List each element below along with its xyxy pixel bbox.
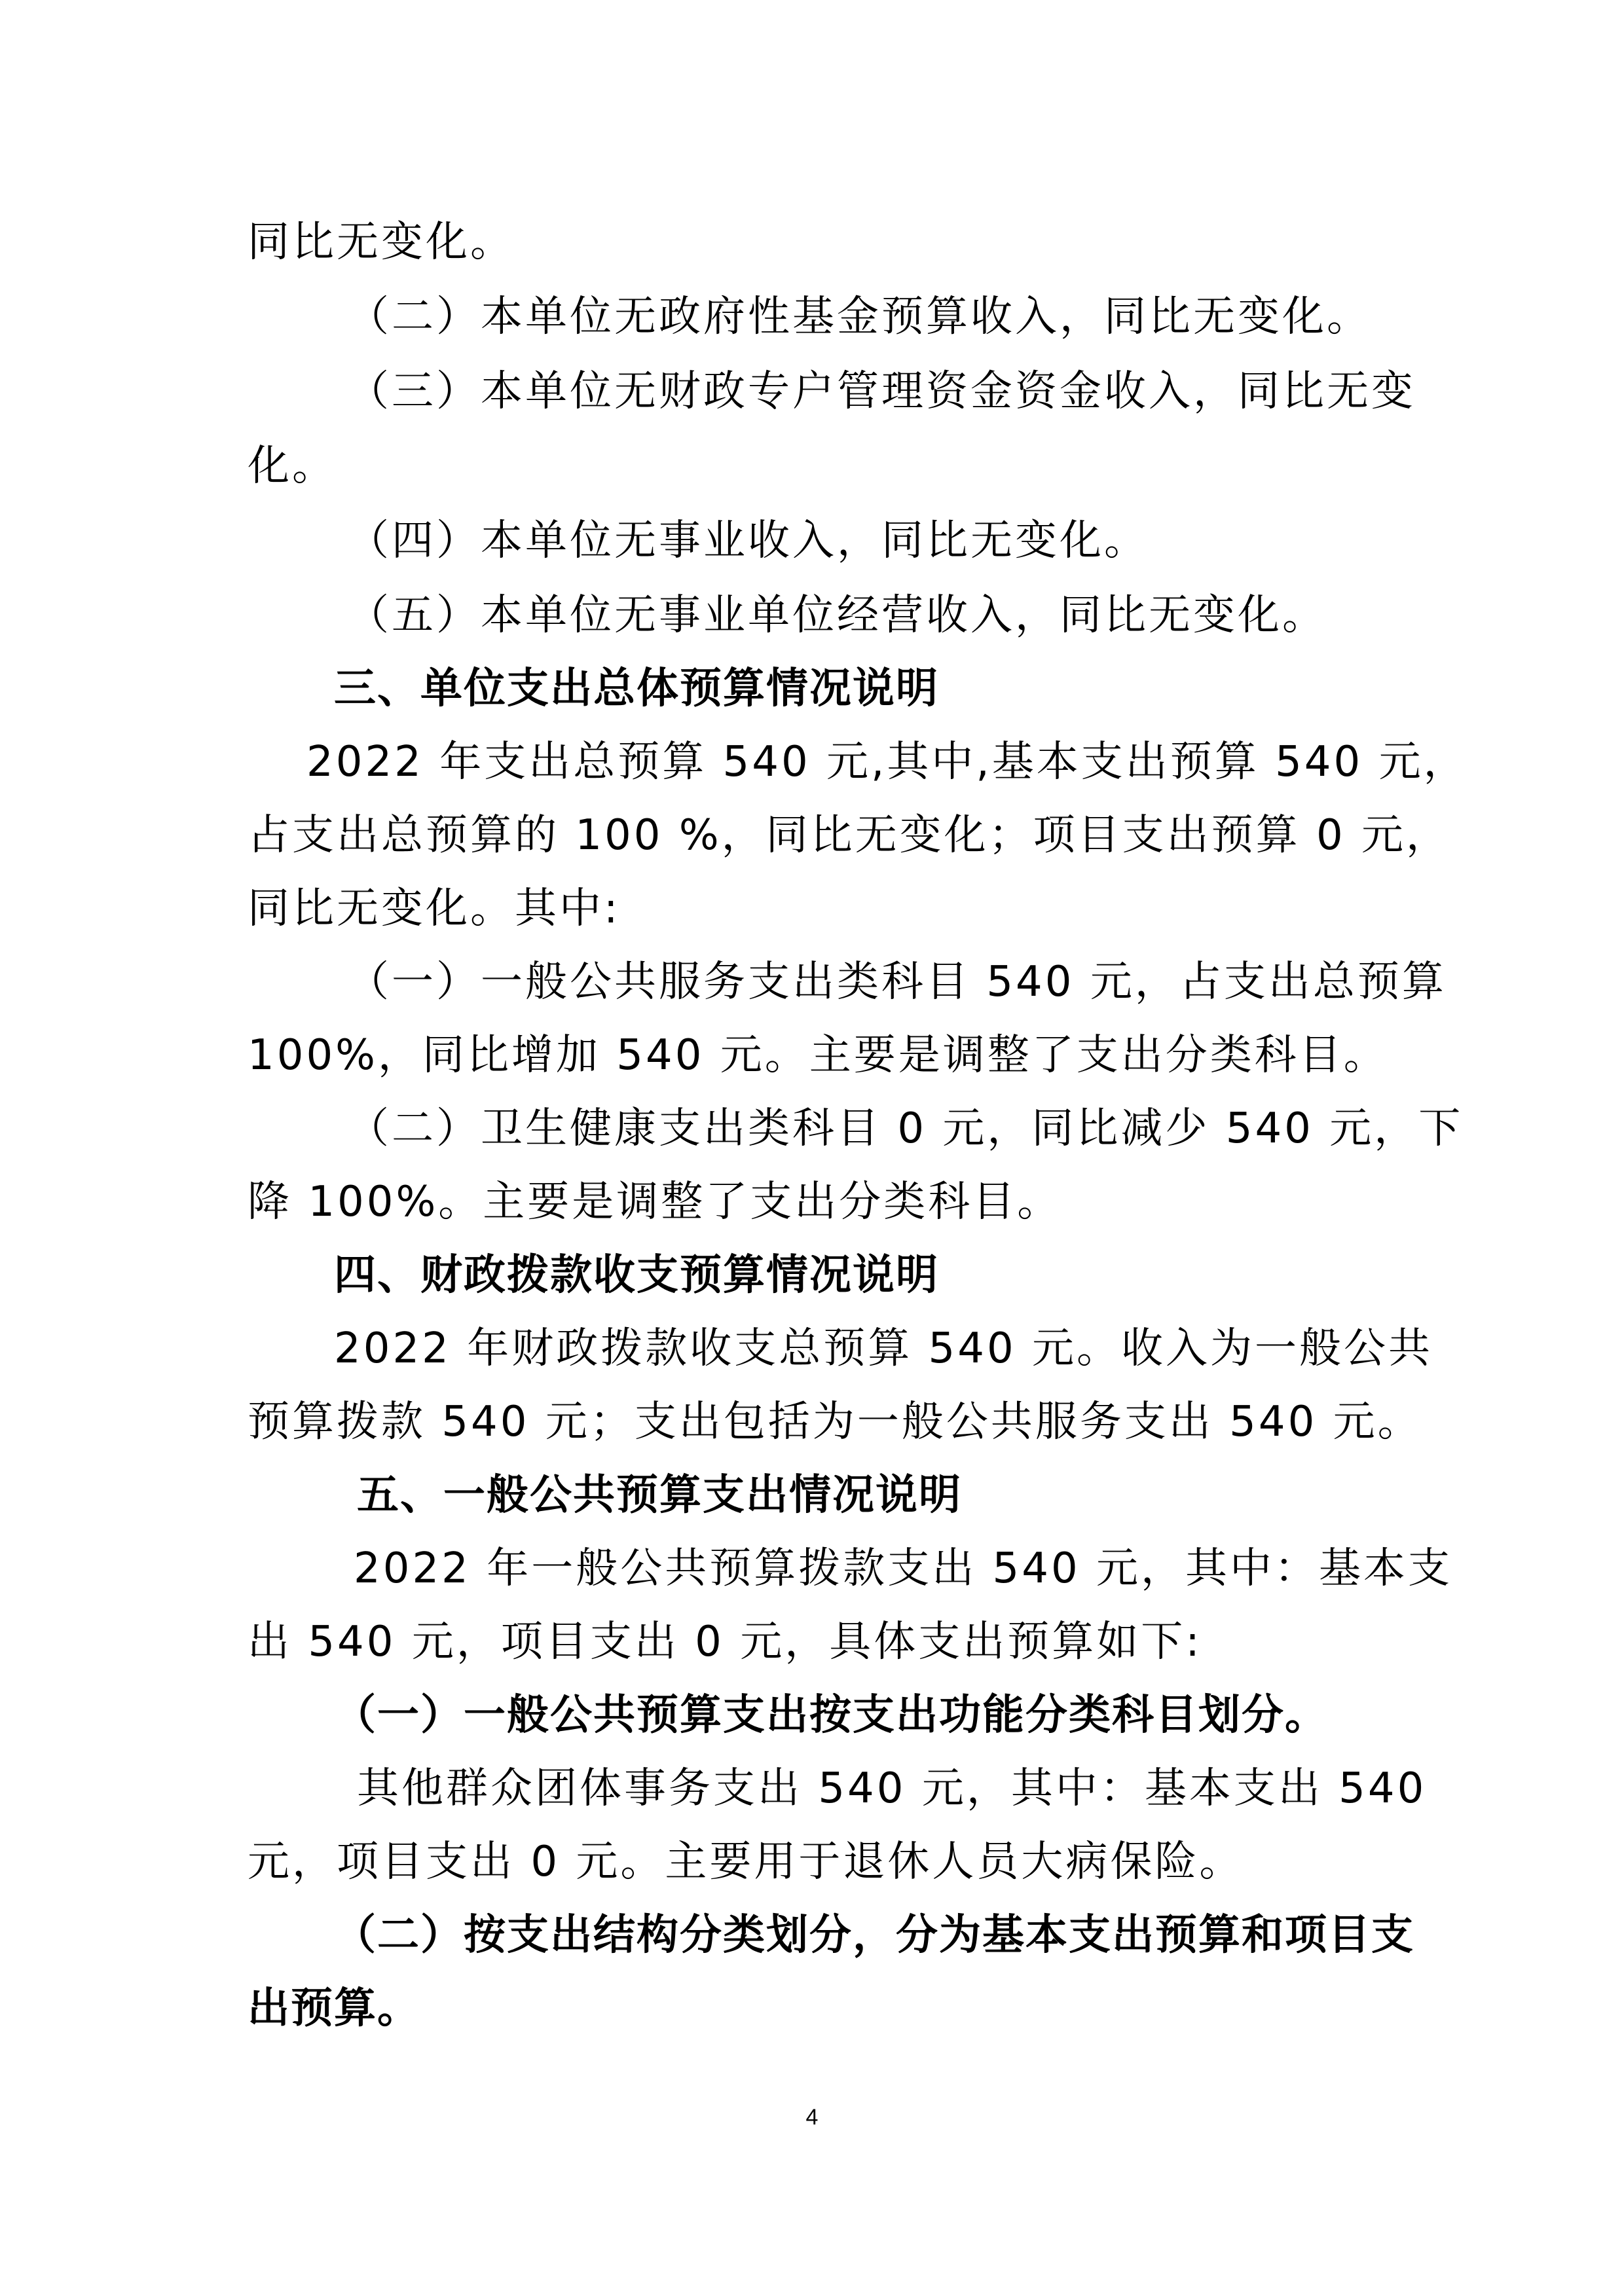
paragraph-line: 2022 年支出总预算 540 元,其中,基本支出预算 540 元，: [306, 736, 1400, 788]
paragraph-line: 元，项目支出 0 元。主要用于退休人员大病保险。: [248, 1836, 1400, 1888]
document-page: 同比无变化。 （二）本单位无政府性基金预算收入，同比无变化。 （三）本单位无财政…: [0, 0, 1624, 2296]
section-heading: 三、单位支出总体预算情况说明: [334, 663, 1486, 715]
paragraph-line: 占支出总预算的 100 %，同比无变化；项目支出预算 0 元，: [248, 809, 1400, 862]
paragraph-line: 化。: [248, 440, 1400, 492]
paragraph-line: （五）本单位无事业单位经营收入，同比无变化。: [347, 589, 1500, 642]
paragraph-line: 出 540 元，项目支出 0 元，具体支出预算如下:: [248, 1616, 1400, 1668]
paragraph-line: 降 100%。主要是调整了支出分类科目。: [248, 1176, 1400, 1228]
subsection-heading: 出预算。: [248, 1982, 1400, 2035]
page-number: 4: [0, 2105, 1624, 2130]
subsection-heading: （一）一般公共预算支出按支出功能分类科目划分。: [334, 1689, 1486, 1741]
paragraph-line: （四）本单位无事业收入，同比无变化。: [347, 515, 1500, 567]
subsection-heading: （二）按支出结构分类划分，分为基本支出预算和项目支: [334, 1909, 1400, 1961]
section-heading: 四、财政拨款收支预算情况说明: [334, 1249, 1486, 1302]
paragraph-line: （二）本单位无政府性基金预算收入，同比无变化。: [347, 291, 1500, 343]
paragraph-line: 其他群众团体事务支出 540 元，其中：基本支出 540: [357, 1762, 1400, 1815]
paragraph-line: 预算拨款 540 元；支出包括为一般公共服务支出 540 元。: [248, 1396, 1400, 1448]
section-heading: 五、一般公共预算支出情况说明: [357, 1469, 1509, 1522]
paragraph-line: （一）一般公共服务支出类科目 540 元，占支出总预算: [347, 956, 1400, 1008]
paragraph-line: 100%，同比增加 540 元。主要是调整了支出分类科目。: [248, 1029, 1400, 1082]
paragraph-line: （二）卫生健康支出类科目 0 元，同比减少 540 元，下: [347, 1102, 1400, 1155]
paragraph-line: 2022 年一般公共预算拨款支出 540 元，其中：基本支: [354, 1542, 1400, 1595]
paragraph-line: 同比无变化。其中:: [248, 883, 1400, 935]
paragraph-line: 2022 年财政拨款收支总预算 540 元。收入为一般公共: [334, 1322, 1400, 1375]
paragraph-line: 同比无变化。: [248, 216, 1400, 268]
paragraph-line: （三）本单位无财政专户管理资金资金收入，同比无变: [347, 365, 1400, 418]
